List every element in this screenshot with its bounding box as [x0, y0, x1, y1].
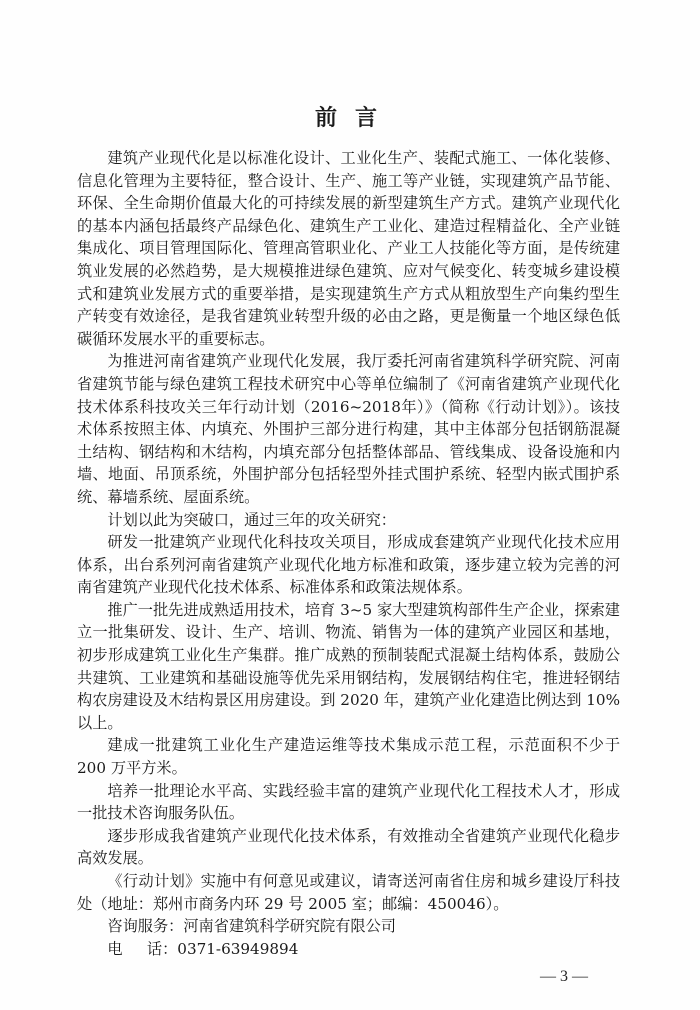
contact-phone: 电话：0371-63949894	[77, 938, 620, 961]
paragraph-goal-research: 研发一批建筑产业现代化科技攻关项目，形成成套建筑产业现代化技术应用体系，出台系列…	[77, 531, 620, 599]
contact-service: 咨询服务：河南省建筑科学研究院有限公司	[77, 915, 620, 938]
paragraph-goal-system: 逐步形成我省建筑产业现代化技术体系，有效推动全省建筑产业现代化稳步高效发展。	[77, 825, 620, 870]
paragraph-intro: 建筑产业现代化是以标准化设计、工业化生产、装配式施工、一体化装修、信息化管理为主…	[77, 147, 620, 350]
document-page: 前言 建筑产业现代化是以标准化设计、工业化生产、装配式施工、一体化装修、信息化管…	[0, 0, 700, 1010]
paragraph-commission: 为推进河南省建筑产业现代化发展，我厅委托河南省建筑科学研究院、河南省建筑节能与绿…	[77, 350, 620, 508]
contact-service-value: 河南省建筑科学研究院有限公司	[183, 917, 396, 935]
paragraph-goal-talent: 培养一批理论水平高、实践经验丰富的建筑产业现代化工程技术人才，形成一批技术咨询服…	[77, 780, 620, 825]
paragraph-plan-lead: 计划以此为突破口，通过三年的攻关研究：	[77, 509, 620, 532]
contact-service-label: 咨询服务：	[107, 917, 183, 935]
contact-phone-value: 0371-63949894	[177, 940, 298, 958]
page-number: — 3 —	[540, 968, 588, 986]
paragraph-goal-promote: 推广一批先进成熟适用技术，培育 3~5 家大型建筑构部件生产企业，探索建立一批集…	[77, 599, 620, 735]
document-body: 建筑产业现代化是以标准化设计、工业化生产、装配式施工、一体化装修、信息化管理为主…	[77, 147, 620, 960]
paragraph-feedback: 《行动计划》实施中有何意见或建议，请寄送河南省住房和城乡建设厅科技处（地址：郑州…	[77, 870, 620, 915]
page-title: 前言	[0, 101, 700, 132]
contact-phone-label: 电	[107, 940, 147, 958]
contact-phone-label-rest: 话：	[147, 940, 177, 958]
paragraph-goal-demonstration: 建成一批建筑工业化生产建造运维等技术集成示范工程，示范面积不少于 200 万平方…	[77, 734, 620, 779]
